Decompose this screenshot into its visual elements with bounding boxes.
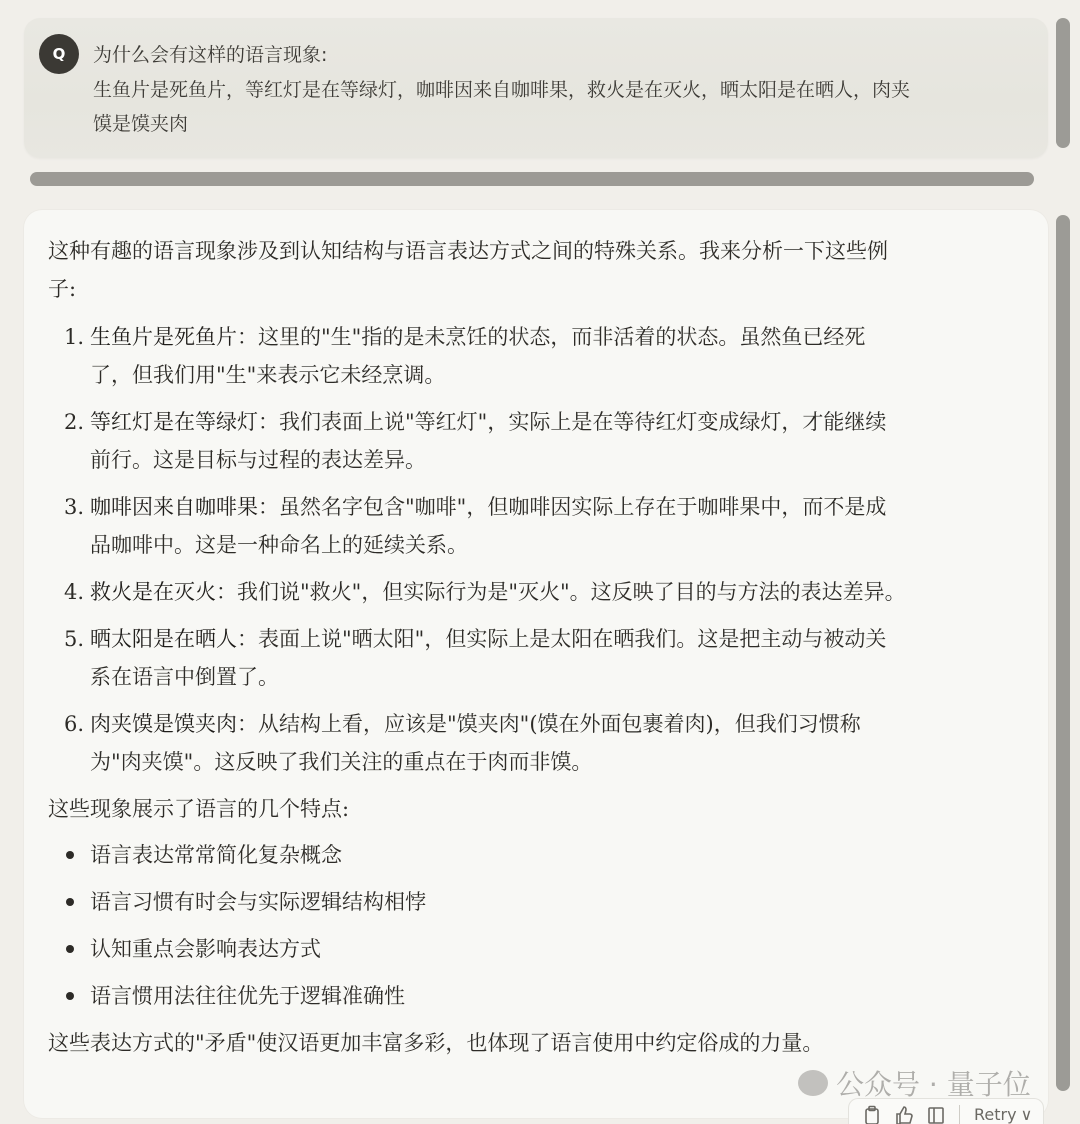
item-text: 品咖啡中。这是一种命名上的延续关系。 xyxy=(90,533,468,557)
item-text: 系在语言中倒置了。 xyxy=(90,665,279,689)
item-text: ：这里的"生"指的是未烹饪的状态，而非活着的状态。虽然鱼已经死 xyxy=(237,325,865,349)
list-item: 语言表达常常简化复杂概念 xyxy=(48,836,968,874)
feature-text: 认知重点会影响表达方式 xyxy=(90,937,321,961)
item-number: 6. xyxy=(64,705,84,743)
retry-button[interactable]: Retry ∨ xyxy=(974,1105,1032,1124)
item-text: ：表面上说"晒太阳"，但实际上是太阳在晒我们。这是把主动与被动关 xyxy=(237,627,886,651)
list-item: 4. 救火是在灭火：我们说"救火"，但实际行为是"灭火"。这反映了目的与方法的表… xyxy=(48,573,968,611)
thumbs-down-icon[interactable] xyxy=(927,1105,945,1124)
item-text: 为"肉夹馍"。这反映了我们关注的重点在于肉而非馍。 xyxy=(90,750,592,774)
item-term: 等红灯是在等绿灯 xyxy=(90,410,258,434)
item-number: 2. xyxy=(64,403,84,441)
list-item: 1. 生鱼片是死鱼片：这里的"生"指的是未烹饪的状态，而非活着的状态。虽然鱼已经… xyxy=(48,318,968,394)
item-term: 肉夹馍是馍夹肉 xyxy=(90,712,237,736)
question-text: 为什么会有这样的语言现象: 生鱼片是死鱼片，等红灯是在等绿灯，咖啡因来自咖啡果，… xyxy=(93,38,1033,142)
item-text: ：虽然名字包含"咖啡"，但咖啡因实际上存在于咖啡果中，而不是成 xyxy=(258,495,886,519)
answer-vertical-scrollbar[interactable] xyxy=(1056,215,1070,1091)
list-item: 6. 肉夹馍是馍夹肉：从结构上看，应该是"馍夹肉"(馍在外面包裹着肉)，但我们习… xyxy=(48,705,968,781)
item-text: ：我们表面上说"等红灯"，实际上是在等待红灯变成绿灯，才能继续 xyxy=(258,410,886,434)
retry-label: Retry xyxy=(974,1105,1017,1124)
list-item: 3. 咖啡因来自咖啡果：虽然名字包含"咖啡"，但咖啡因实际上存在于咖啡果中，而不… xyxy=(48,488,968,564)
wechat-icon xyxy=(798,1070,828,1096)
list-item: 认知重点会影响表达方式 xyxy=(48,930,968,968)
intro-line: 子: xyxy=(48,277,76,301)
item-number: 4. xyxy=(64,573,84,611)
item-number: 5. xyxy=(64,620,84,658)
intro-line: 这种有趣的语言现象涉及到认知结构与语言表达方式之间的特殊关系。我来分析一下这些例 xyxy=(48,239,888,263)
divider xyxy=(959,1105,960,1124)
item-term: 晒太阳是在晒人 xyxy=(90,627,237,651)
chevron-down-icon: ∨ xyxy=(1021,1105,1033,1124)
watermark-text: 公众号 · 量子位 xyxy=(836,1063,1031,1103)
item-text: ：我们说"救火"，但实际行为是"灭火"。这反映了目的与方法的表达差异。 xyxy=(216,580,906,604)
message-action-bar: Retry ∨ xyxy=(848,1098,1044,1124)
bullet-icon xyxy=(66,992,74,1000)
examples-list: 1. 生鱼片是死鱼片：这里的"生"指的是未烹饪的状态，而非活着的状态。虽然鱼已经… xyxy=(48,318,968,781)
question-vertical-scrollbar[interactable] xyxy=(1056,18,1070,148)
item-text: 前行。这是目标与过程的表达差异。 xyxy=(90,448,426,472)
answer-body: 这种有趣的语言现象涉及到认知结构与语言表达方式之间的特殊关系。我来分析一下这些例… xyxy=(48,232,968,1062)
question-line: 馍是馍夹肉 xyxy=(93,107,1033,142)
features-list: 语言表达常常简化复杂概念 语言习惯有时会与实际逻辑结构相悖 认知重点会影响表达方… xyxy=(48,836,968,1015)
item-term: 救火是在灭火 xyxy=(90,580,216,604)
bullet-icon xyxy=(66,851,74,859)
list-item: 5. 晒太阳是在晒人：表面上说"晒太阳"，但实际上是太阳在晒我们。这是把主动与被… xyxy=(48,620,968,696)
user-avatar: Q xyxy=(39,34,79,74)
question-line: 为什么会有这样的语言现象: xyxy=(93,38,1033,73)
feature-text: 语言表达常常简化复杂概念 xyxy=(90,843,342,867)
question-line: 生鱼片是死鱼片，等红灯是在等绿灯，咖啡因来自咖啡果，救火是在灭火，晒太阳是在晒人… xyxy=(93,73,1033,108)
item-term: 生鱼片是死鱼片 xyxy=(90,325,237,349)
conclusion: 这些表达方式的"矛盾"使汉语更加丰富多彩，也体现了语言使用中约定俗成的力量。 xyxy=(48,1024,968,1062)
list-item: 语言习惯有时会与实际逻辑结构相悖 xyxy=(48,883,968,921)
list-item: 语言惯用法往往优先于逻辑准确性 xyxy=(48,977,968,1015)
bullet-icon xyxy=(66,898,74,906)
answer-intro: 这种有趣的语言现象涉及到认知结构与语言表达方式之间的特殊关系。我来分析一下这些例… xyxy=(48,232,968,308)
item-number: 3. xyxy=(64,488,84,526)
item-term: 咖啡因来自咖啡果 xyxy=(90,495,258,519)
feature-text: 语言惯用法往往优先于逻辑准确性 xyxy=(90,984,405,1008)
avatar-letter: Q xyxy=(53,45,66,63)
features-intro: 这些现象展示了语言的几个特点: xyxy=(48,790,968,828)
thumbs-up-icon[interactable] xyxy=(895,1105,913,1124)
bullet-icon xyxy=(66,945,74,953)
question-card: Q 为什么会有这样的语言现象: 生鱼片是死鱼片，等红灯是在等绿灯，咖啡因来自咖啡… xyxy=(24,18,1048,158)
item-text: 了，但我们用"生"来表示它未经烹调。 xyxy=(90,363,445,387)
copy-icon[interactable] xyxy=(863,1105,881,1124)
item-number: 1. xyxy=(64,318,84,356)
list-item: 2. 等红灯是在等绿灯：我们表面上说"等红灯"，实际上是在等待红灯变成绿灯，才能… xyxy=(48,403,968,479)
item-text: ：从结构上看，应该是"馍夹肉"(馍在外面包裹着肉)，但我们习惯称 xyxy=(237,712,861,736)
answer-card: 这种有趣的语言现象涉及到认知结构与语言表达方式之间的特殊关系。我来分析一下这些例… xyxy=(24,210,1048,1118)
horizontal-scrollbar[interactable] xyxy=(30,172,1034,186)
feature-text: 语言习惯有时会与实际逻辑结构相悖 xyxy=(90,890,426,914)
